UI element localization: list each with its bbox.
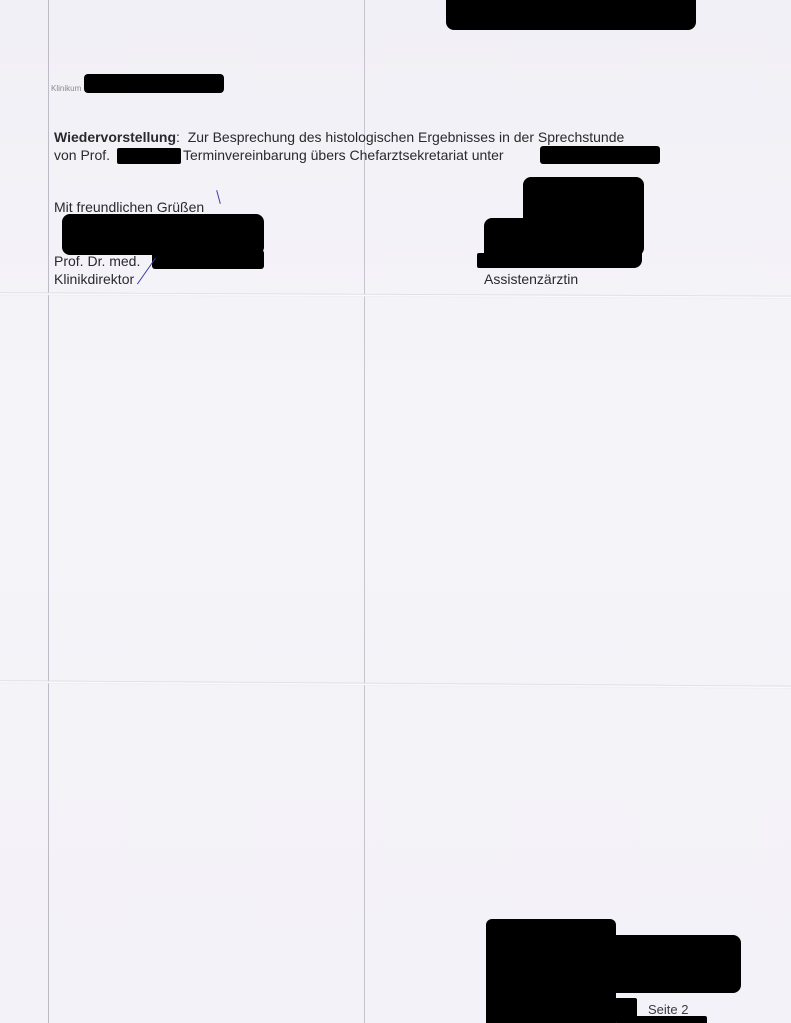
redaction-professor-name: [117, 148, 181, 164]
signatory-right-role: Assistenzärztin: [484, 271, 578, 288]
followup-label: Wiedervorstellung: [54, 129, 176, 145]
redaction-signature-right-lower: [484, 218, 642, 268]
redaction-phone-number: [540, 146, 660, 164]
redaction-header-right: [446, 0, 696, 30]
redaction-footer-block-left: [486, 919, 616, 1023]
margin-line-left: [48, 0, 49, 1023]
signatory-left-role: Klinikdirektor: [54, 271, 134, 288]
paper-fold-upper: [0, 292, 791, 298]
followup-appointment-text: Terminvereinbarung übers Chefarztsekreta…: [183, 147, 504, 164]
redaction-signature-right-tail: [477, 253, 507, 268]
signature-stroke-1: [216, 190, 221, 204]
page-number: Seite 2: [648, 1001, 688, 1018]
scanned-letter-page: Klinikum Wiedervorstellung: Zur Besprech…: [0, 0, 791, 1023]
clinic-label: Klinikum: [51, 80, 81, 97]
followup-line-1: Wiedervorstellung: Zur Besprechung des h…: [54, 129, 624, 146]
paper-fold-lower: [0, 680, 791, 689]
followup-colon: :: [176, 129, 180, 145]
followup-text: Zur Besprechung des histologischen Ergeb…: [188, 129, 625, 145]
signatory-left-title: Prof. Dr. med.: [54, 253, 140, 270]
redaction-footer-block-right: [600, 935, 741, 993]
followup-line-2: von Prof.: [54, 147, 110, 164]
redaction-signature-left: [62, 214, 264, 255]
followup-prof-prefix: von Prof.: [54, 147, 110, 163]
redaction-clinic-name: [84, 74, 224, 93]
redaction-name-left: [152, 250, 264, 269]
